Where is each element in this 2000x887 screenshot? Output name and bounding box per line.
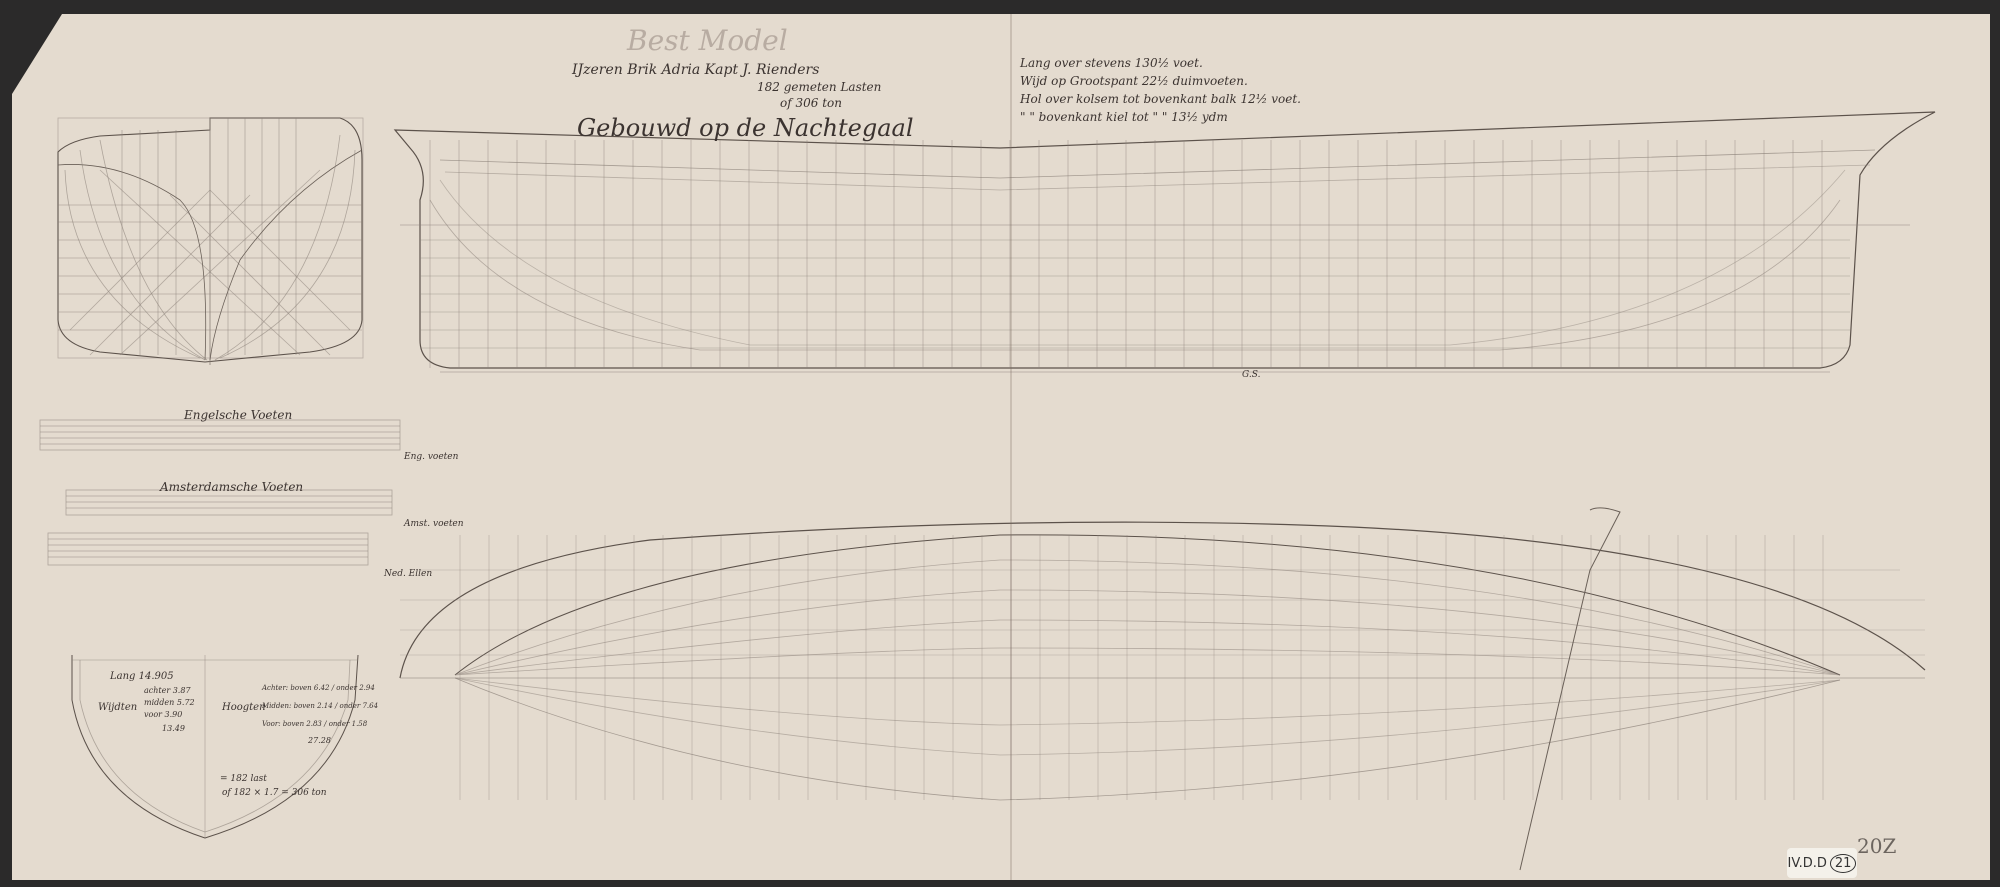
body-plan — [58, 118, 363, 365]
pencil-archive-mark: 20Z — [1857, 834, 1896, 858]
elle-scale-unit: Ned. Ellen — [384, 569, 432, 579]
amsterdam-scale-unit: Amst. voeten — [404, 519, 464, 529]
calc-row: midden 5.72 — [144, 698, 195, 707]
ship-drawing — [12, 14, 1990, 880]
midship-label: G.S. — [1242, 370, 1260, 380]
pencil-note: Best Model — [627, 24, 788, 57]
english-scale-unit: Eng. voeten — [404, 452, 458, 462]
calc-heights-label: Hoogten — [222, 702, 266, 713]
calc-widths-label: Wijdten — [98, 702, 137, 713]
dimension-keel-depth: " " bovenkant kiel tot " " 13½ ydm — [1020, 110, 1228, 124]
english-scale-title: Engelsche Voeten — [184, 408, 292, 422]
dimension-breadth: Wijd op Grootspant 22½ duimvoeten. — [1020, 74, 1248, 88]
calc-row: achter 3.87 — [144, 686, 191, 695]
ship-plan-sheet: Best Model IJzeren Brik Adria Kapt J. Ri… — [12, 14, 1990, 880]
built-at-title: Gebouwd op de Nachtegaal — [577, 114, 914, 142]
calc-result-tons: of 182 × 1.7 = 306 ton — [222, 788, 327, 798]
archive-code: IV.D.D — [1788, 856, 1827, 871]
calc-row: Achter: boven 6.42 / onder 2.94 — [262, 684, 375, 692]
calc-result: = 182 last — [220, 774, 267, 784]
calc-sum: 13.49 — [162, 724, 185, 733]
calc-sum: 27.28 — [308, 736, 331, 745]
calc-row: voor 3.90 — [144, 710, 182, 719]
calc-header: Lang 14.905 — [110, 671, 174, 682]
vessel-title: IJzeren Brik Adria Kapt J. Rienders — [572, 62, 819, 78]
sheer-plan — [395, 112, 1935, 372]
measured-lasts: 182 gemeten Lasten — [757, 80, 881, 94]
calc-row: Midden: boven 2.14 / onder 7.64 — [262, 702, 378, 710]
archive-label: IV.D.D 21 — [1787, 848, 1857, 878]
dimension-length: Lang over stevens 130½ voet. — [1020, 56, 1203, 70]
dimension-depth: Hol over kolsem tot bovenkant balk 12½ v… — [1020, 92, 1301, 106]
amsterdam-scale-title: Amsterdamsche Voeten — [160, 480, 303, 494]
calc-row: Voor: boven 2.83 / onder 1.58 — [262, 720, 367, 728]
midship-section — [72, 655, 358, 838]
archive-number: 21 — [1830, 854, 1857, 873]
half-breadth-plan — [400, 508, 1925, 870]
tonnage: of 306 ton — [780, 96, 842, 110]
